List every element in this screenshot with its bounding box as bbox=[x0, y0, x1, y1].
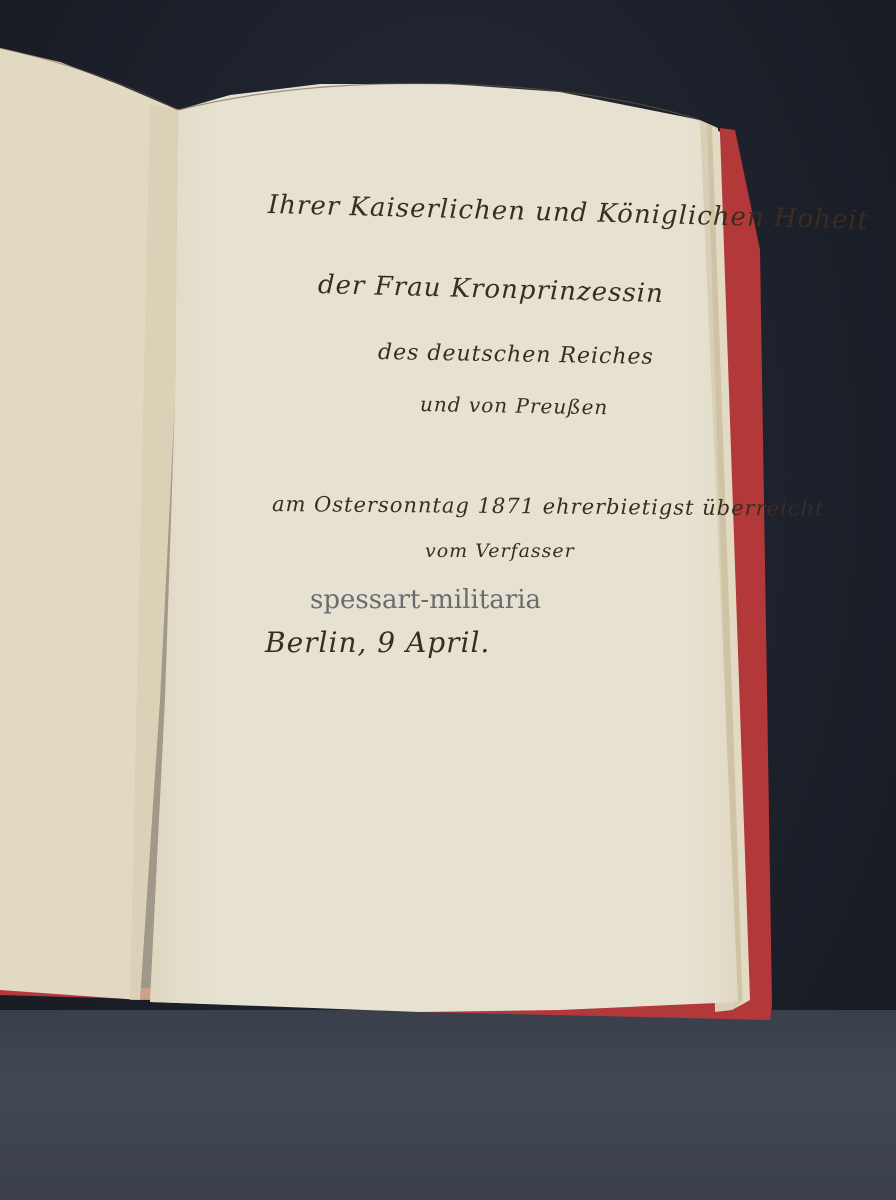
watermark-text: spessart-militaria bbox=[310, 585, 541, 615]
dedication-line-6: vom Verfasser bbox=[425, 540, 575, 562]
photo-scene: Ihrer Kaiserlichen und Königlichen Hohei… bbox=[0, 0, 896, 1200]
dedication-signature-place-date: Berlin, 9 April. bbox=[265, 626, 490, 659]
dedication-line-4: und von Preußen bbox=[420, 392, 609, 419]
dedication-line-5: am Ostersonntag 1871 ehrerbietigst überr… bbox=[272, 492, 825, 521]
dedication-line-3: des deutschen Reiches bbox=[378, 340, 654, 370]
